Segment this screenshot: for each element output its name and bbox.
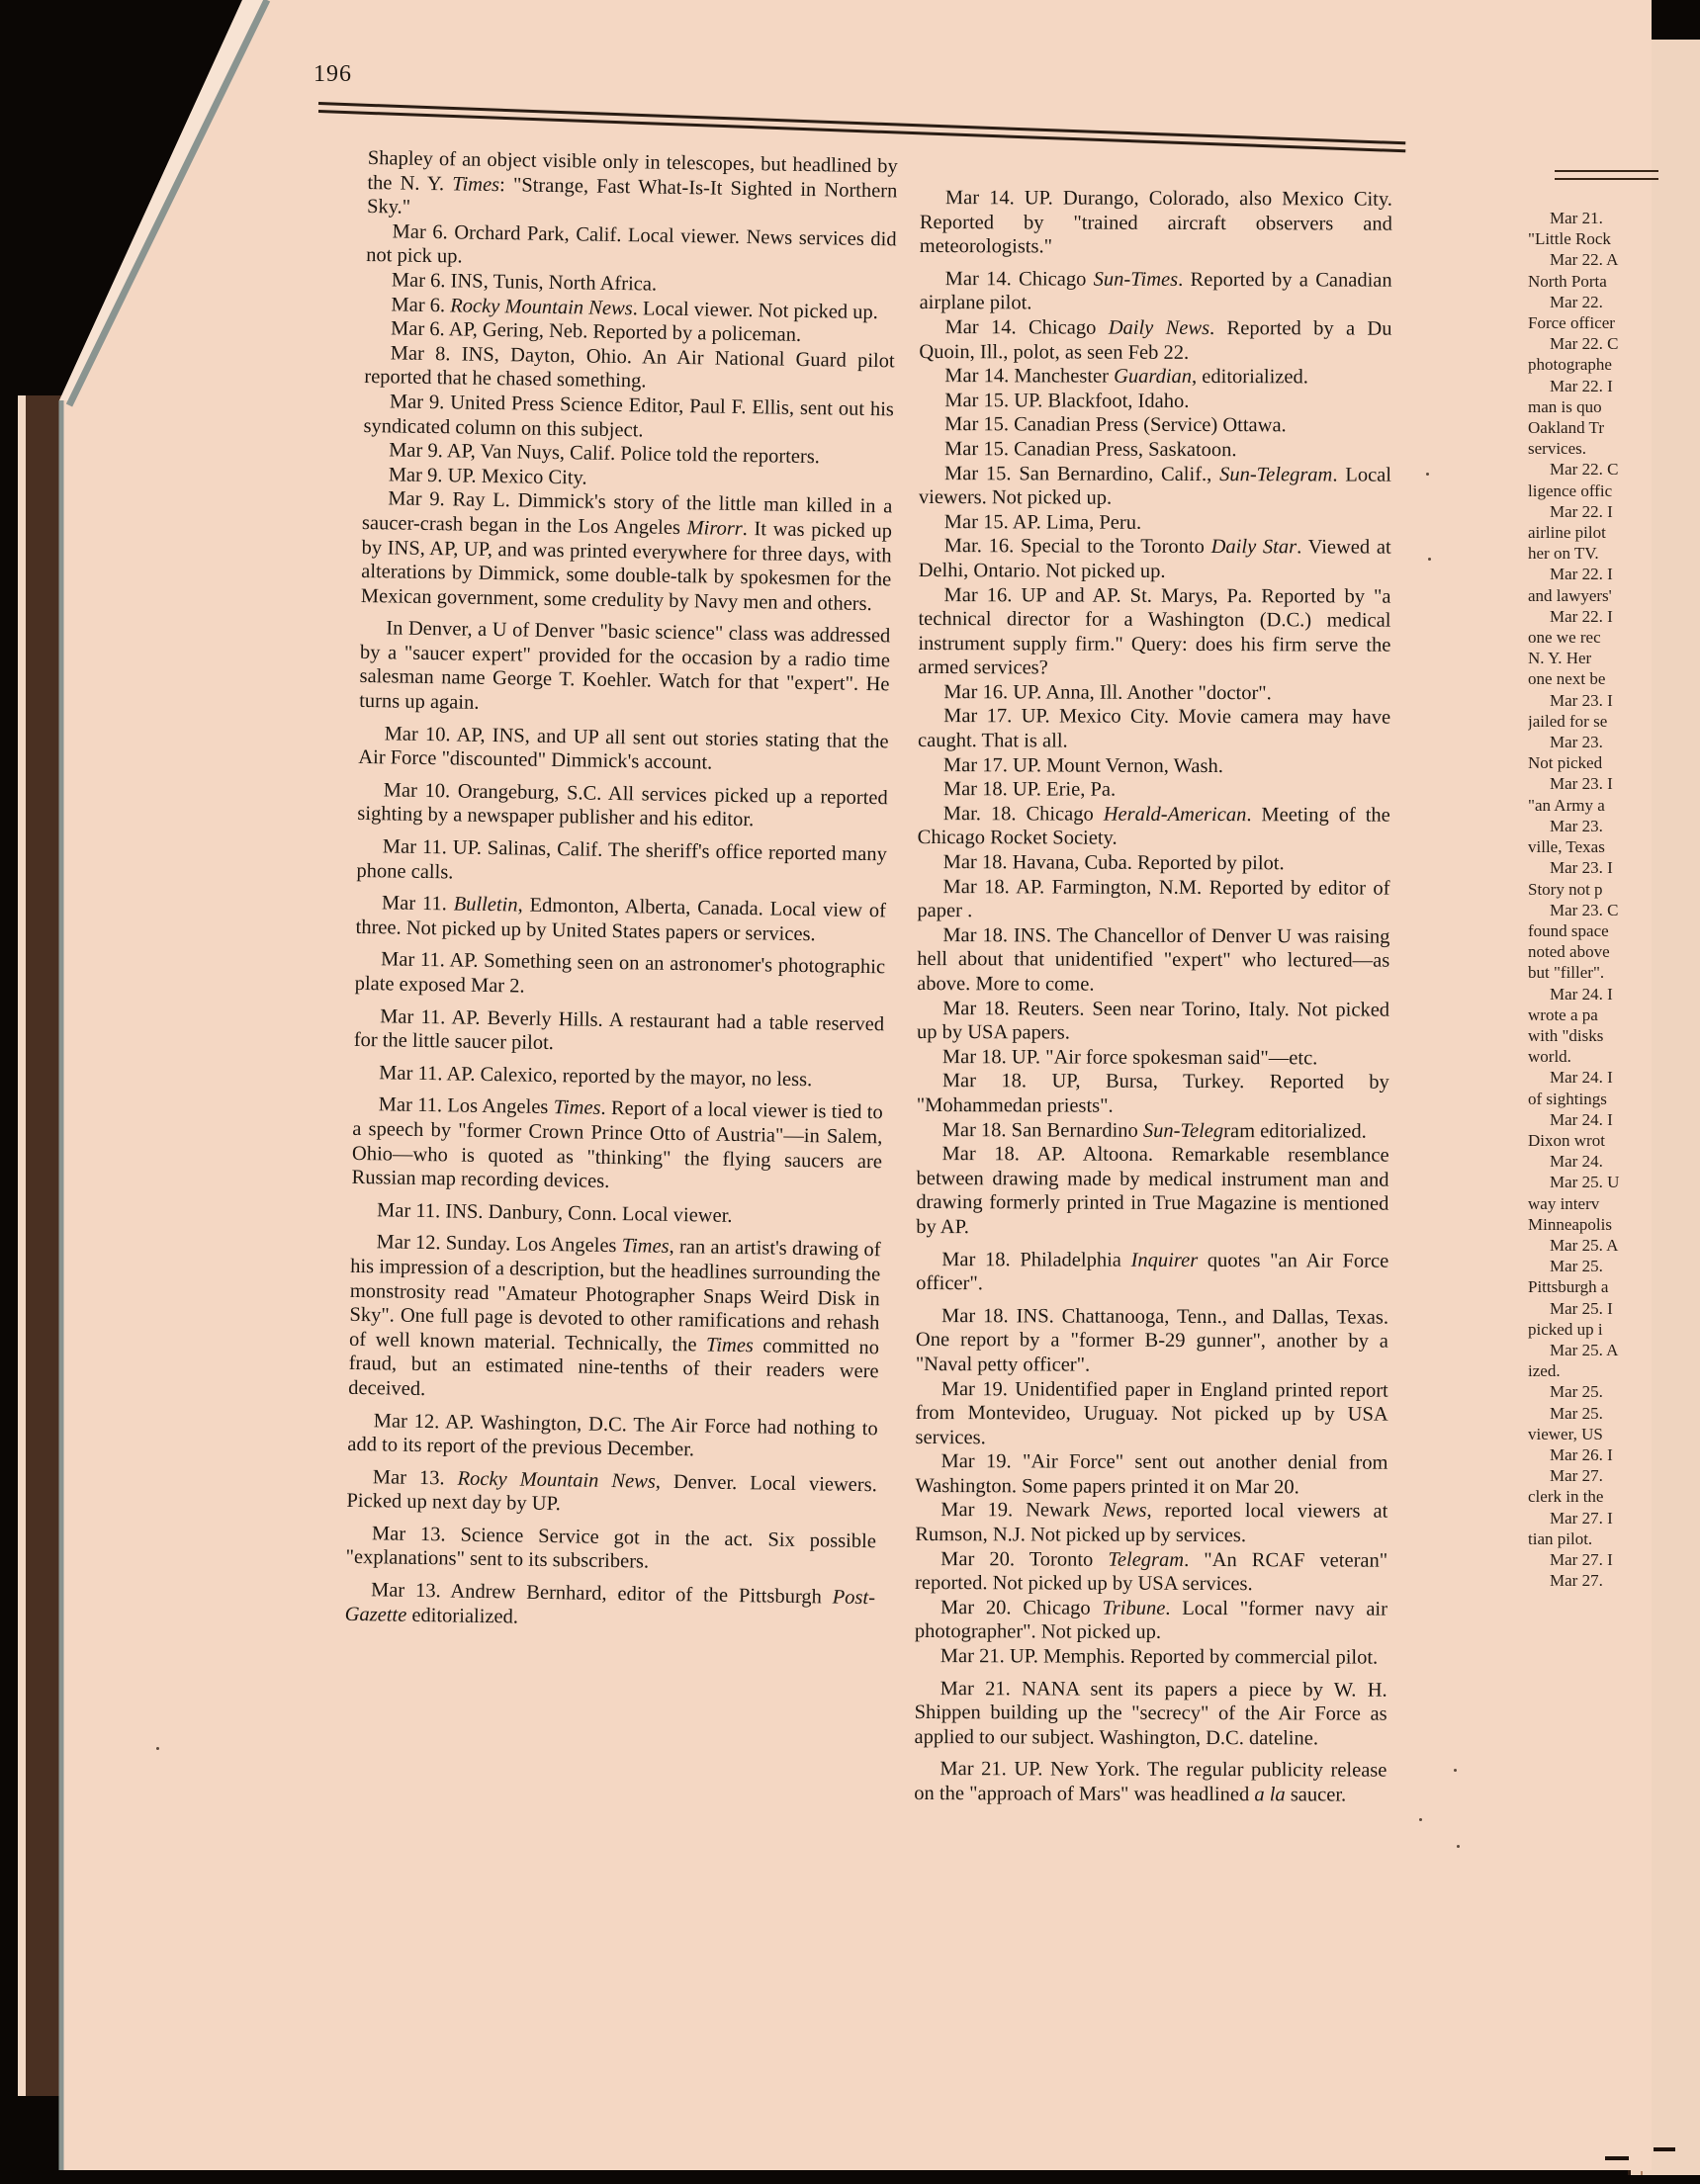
partial-text-line: Mar 23. xyxy=(1528,816,1647,836)
partial-text-line: Mar 22. C xyxy=(1528,459,1647,480)
text-paragraph: Mar 12. AP. Washington, D.C. The Air For… xyxy=(347,1408,878,1465)
partial-text-line: Mar 25. A xyxy=(1528,1235,1647,1256)
partial-text-line: wrote a pa xyxy=(1528,1005,1647,1025)
text-paragraph: Shapley of an object visible only in tel… xyxy=(367,146,898,227)
italic-title: Sun-Times xyxy=(1094,268,1179,290)
italic-title: Herald-American xyxy=(1104,803,1247,826)
partial-text-line: Mar 25. U xyxy=(1528,1172,1647,1192)
italic-title: Rocky Mountain News xyxy=(450,295,633,319)
text-paragraph: Mar 18. Philadelphia Inquirer quotes "an… xyxy=(916,1248,1388,1298)
next-page-rule-top xyxy=(1555,170,1658,172)
next-page-partial-column: Mar 21."Little RockMar 22. ANorth PortaM… xyxy=(1528,208,1647,1750)
text-paragraph: Mar 8. INS, Dayton, Ohio. An Air Nationa… xyxy=(364,341,895,398)
paper-speck xyxy=(1457,1845,1460,1848)
left-text-column: Shapley of an object visible only in tel… xyxy=(344,146,897,1634)
paper-speck xyxy=(1454,1769,1457,1772)
italic-title: Times xyxy=(553,1096,600,1119)
text-paragraph: Mar 6. Orchard Park, Calif. Local viewer… xyxy=(366,219,897,277)
text-paragraph: Mar. 16. Special to the Toronto Daily St… xyxy=(919,534,1391,584)
text-paragraph: Mar 19. Unidentified paper in England pr… xyxy=(916,1376,1388,1450)
italic-title: Daily Star xyxy=(1211,536,1297,558)
partial-text-line: picked up i xyxy=(1528,1319,1647,1340)
partial-text-line: Mar 23. I xyxy=(1528,857,1647,878)
italic-title: Guardian xyxy=(1114,366,1192,388)
partial-text-line: Mar 22. I xyxy=(1528,564,1647,584)
text-paragraph: Mar 16. UP. Anna, Ill. Another "doctor". xyxy=(918,680,1390,706)
partial-text-line: Mar 22. C xyxy=(1528,333,1647,354)
text-paragraph: Mar 17. UP. Mount Vernon, Wash. xyxy=(918,753,1390,779)
text-paragraph: Mar 21. UP. New York. The regular public… xyxy=(914,1757,1387,1807)
partial-text-line: Dixon wrot xyxy=(1528,1130,1647,1151)
text-paragraph: Mar 11. AP. Something seen on an astrono… xyxy=(354,947,885,1005)
italic-title: Sun-Telegram xyxy=(1219,464,1332,485)
partial-text-line: ville, Texas xyxy=(1528,836,1647,857)
text-paragraph: Mar 13. Andrew Bernhard, editor of the P… xyxy=(344,1578,875,1635)
text-paragraph: In Denver, a U of Denver "basic science"… xyxy=(359,616,890,722)
partial-text-line: Mar 24. xyxy=(1528,1151,1647,1172)
text-paragraph: Mar 18. UP. Erie, Pa. xyxy=(918,777,1390,803)
partial-text-line: Mar 22. xyxy=(1528,292,1647,312)
text-paragraph: Mar 9. Ray L. Dimmick's story of the lit… xyxy=(361,486,893,616)
partial-text-line: one next be xyxy=(1528,668,1647,689)
partial-text-line: N. Y. Her xyxy=(1528,648,1647,668)
partial-text-line: noted above xyxy=(1528,941,1647,962)
partial-text-line: Mar 27. xyxy=(1528,1465,1647,1486)
italic-title: Bulletin xyxy=(453,894,517,917)
italic-title: Post-Gazette xyxy=(345,1587,876,1626)
text-paragraph: Mar 20. Toronto Telegram. "An RCAF veter… xyxy=(915,1547,1387,1598)
paper-speck xyxy=(156,1747,159,1750)
partial-text-line: Story not p xyxy=(1528,879,1647,900)
paper-speck xyxy=(1426,473,1429,476)
italic-title: Times xyxy=(452,173,499,196)
partial-text-line: airline pilot xyxy=(1528,522,1647,543)
next-page-rule-bottom xyxy=(1555,178,1658,180)
text-paragraph: Mar 10. Orangeburg, S.C. All services pi… xyxy=(357,778,888,835)
text-paragraph: Mar 11. AP. Calexico, reported by the ma… xyxy=(353,1061,883,1093)
text-paragraph: Mar 18. INS. Chattanooga, Tenn., and Dal… xyxy=(916,1304,1388,1378)
italic-title: Rocky Mountain News xyxy=(457,1467,656,1492)
partial-text-line: ligence offic xyxy=(1528,480,1647,501)
text-paragraph: Mar 11. AP. Beverly Hills. A restaurant … xyxy=(354,1004,885,1061)
partial-text-line: way interv xyxy=(1528,1193,1647,1214)
partial-text-line: one we rec xyxy=(1528,627,1647,648)
text-paragraph: Mar 18. UP. "Air force spokesman said"—e… xyxy=(917,1045,1389,1071)
text-paragraph: Mar 9. United Press Science Editor, Paul… xyxy=(363,390,894,447)
text-paragraph: Mar 14. Chicago Sun-Times. Reported by a… xyxy=(920,267,1392,317)
text-paragraph: Mar 18. AP. Altoona. Remarkable resembla… xyxy=(916,1142,1388,1241)
partial-text-line: photographe xyxy=(1528,354,1647,375)
partial-text-line: Mar 22. I xyxy=(1528,376,1647,396)
italic-title: Mirorr xyxy=(686,517,743,540)
text-paragraph: Mar 15. Canadian Press, Saskatoon. xyxy=(919,437,1391,463)
text-paragraph: Mar 11. Los Angeles Times. Report of a l… xyxy=(351,1092,882,1198)
partial-text-line: found space xyxy=(1528,920,1647,941)
paper-speck xyxy=(1428,558,1431,561)
partial-text-line: but "filler". xyxy=(1528,962,1647,983)
text-paragraph: Mar 13. Science Service got in the act. … xyxy=(345,1522,876,1579)
text-paragraph: Mar 21. NANA sent its papers a piece by … xyxy=(914,1677,1387,1751)
italic-title: Times xyxy=(706,1334,754,1356)
text-paragraph: Mar 18. Havana, Cuba. Reported by pilot. xyxy=(918,850,1390,876)
text-paragraph: Mar 19. Newark News, reported local view… xyxy=(915,1498,1387,1548)
italic-title: Times xyxy=(622,1236,670,1259)
text-paragraph: Mar 17. UP. Mexico City. Movie camera ma… xyxy=(918,704,1390,754)
partial-text-line: Mar 25. xyxy=(1528,1381,1647,1402)
text-paragraph: Mar 15. AP. Lima, Peru. xyxy=(919,510,1391,536)
partial-text-line: her on TV. xyxy=(1528,543,1647,564)
text-paragraph: Mar 14. UP. Durango, Colorado, also Mexi… xyxy=(920,186,1392,260)
partial-text-line: Minneapolis xyxy=(1528,1214,1647,1235)
text-paragraph: Mar 14. Chicago Daily News. Reported by … xyxy=(919,315,1391,366)
partial-text-line: Mar 24. I xyxy=(1528,984,1647,1005)
text-paragraph: Mar 12. Sunday. Los Angeles Times, ran a… xyxy=(348,1230,881,1409)
partial-text-line: Mar 24. I xyxy=(1528,1109,1647,1130)
text-paragraph: Mar 18. San Bernardino Sun-Telegram edit… xyxy=(917,1118,1389,1144)
partial-text-line: Mar 25. I xyxy=(1528,1298,1647,1319)
text-paragraph: Mar 18. AP. Farmington, N.M. Reported by… xyxy=(917,875,1389,925)
partial-text-line: with "disks xyxy=(1528,1025,1647,1046)
text-paragraph: Mar 14. Manchester Guardian, editorializ… xyxy=(919,364,1391,390)
partial-text-line: North Porta xyxy=(1528,271,1647,292)
corner-mark xyxy=(1654,2147,1675,2151)
partial-text-line: "Little Rock xyxy=(1528,228,1647,249)
partial-text-line: Mar 21. xyxy=(1528,208,1647,228)
partial-text-line: Mar 25. A xyxy=(1528,1340,1647,1360)
paper-speck xyxy=(1419,1818,1422,1821)
text-paragraph: Mar 18. UP, Bursa, Turkey. Reported by "… xyxy=(917,1069,1389,1119)
text-paragraph: Mar 18. Reuters. Seen near Torino, Italy… xyxy=(917,997,1389,1047)
partial-text-line: Not picked xyxy=(1528,752,1647,773)
partial-text-line: services. xyxy=(1528,438,1647,459)
partial-text-line: "an Army a xyxy=(1528,795,1647,816)
partial-text-line: and lawyers' xyxy=(1528,585,1647,606)
italic-title: Tribune xyxy=(1102,1597,1165,1618)
partial-text-line: Mar 22. I xyxy=(1528,501,1647,522)
corner-mark xyxy=(1605,2156,1629,2160)
text-paragraph: Mar. 18. Chicago Herald-American. Meetin… xyxy=(918,802,1390,852)
partial-text-line: Mar 22. I xyxy=(1528,606,1647,627)
partial-text-line: ized. xyxy=(1528,1360,1647,1381)
partial-text-line: jailed for se xyxy=(1528,711,1647,732)
text-paragraph: Mar 20. Chicago Tribune. Local "former n… xyxy=(915,1596,1387,1646)
text-paragraph: Mar 15. Canadian Press (Service) Ottawa. xyxy=(919,412,1391,438)
italic-title: Telegram xyxy=(1108,1548,1184,1570)
partial-text-line: Mar 27. I xyxy=(1528,1549,1647,1570)
partial-text-line: Mar 27. xyxy=(1528,1570,1647,1591)
partial-text-line: Oakland Tr xyxy=(1528,417,1647,438)
italic-title: Daily News xyxy=(1109,317,1209,339)
page-number: 196 xyxy=(313,61,352,88)
partial-text-line: Force officer xyxy=(1528,312,1647,333)
partial-text-line: Mar 26. I xyxy=(1528,1444,1647,1465)
partial-text-line: tian pilot. xyxy=(1528,1529,1647,1549)
partial-text-line: Mar 24. I xyxy=(1528,1067,1647,1088)
text-paragraph: Mar 19. "Air Force" sent out another den… xyxy=(915,1449,1387,1500)
text-paragraph: Mar 10. AP, INS, and UP all sent out sto… xyxy=(358,722,889,779)
partial-text-line: clerk in the xyxy=(1528,1486,1647,1507)
partial-text-line: Mar 25. xyxy=(1528,1403,1647,1424)
partial-text-line: Mar 23. I xyxy=(1528,773,1647,794)
partial-text-line: world. xyxy=(1528,1046,1647,1067)
text-paragraph: Mar 21. UP. Memphis. Reported by commerc… xyxy=(915,1644,1387,1670)
partial-text-line: Pittsburgh a xyxy=(1528,1276,1647,1297)
partial-text-line: Mar 27. I xyxy=(1528,1508,1647,1529)
right-text-column: Mar 14. UP. Durango, Colorado, also Mexi… xyxy=(914,186,1392,1807)
partial-text-line: Mar 22. A xyxy=(1528,249,1647,270)
partial-text-line: viewer, US xyxy=(1528,1424,1647,1444)
text-paragraph: Mar 15. San Bernardino, Calif., Sun-Tele… xyxy=(919,462,1391,512)
partial-text-line: Mar 23. C xyxy=(1528,900,1647,920)
italic-title: Inquirer xyxy=(1131,1249,1199,1270)
italic-title: Sun-Teleg xyxy=(1143,1119,1223,1141)
partial-text-line: Mar 23. I xyxy=(1528,690,1647,711)
italic-title: News xyxy=(1103,1500,1147,1522)
text-paragraph: Mar 11. INS. Danbury, Conn. Local viewer… xyxy=(351,1198,881,1231)
text-paragraph: Mar 15. UP. Blackfoot, Idaho. xyxy=(919,389,1391,414)
text-paragraph: Mar 18. INS. The Chancellor of Denver U … xyxy=(917,923,1389,998)
text-paragraph: Mar 11. UP. Salinas, Calif. The sheriff'… xyxy=(356,834,887,892)
text-paragraph: Mar 11. Bulletin, Edmonton, Alberta, Can… xyxy=(355,891,886,948)
italic-title: a la xyxy=(1254,1784,1285,1805)
partial-text-line: Mar 25. xyxy=(1528,1256,1647,1276)
text-paragraph: Mar 16. UP and AP. St. Marys, Pa. Report… xyxy=(918,582,1390,681)
text-paragraph: Mar 13. Rocky Mountain News, Denver. Loc… xyxy=(346,1465,877,1523)
partial-text-line: Mar 23. xyxy=(1528,732,1647,752)
partial-text-line: of sightings xyxy=(1528,1089,1647,1109)
partial-text-line: man is quo xyxy=(1528,396,1647,417)
